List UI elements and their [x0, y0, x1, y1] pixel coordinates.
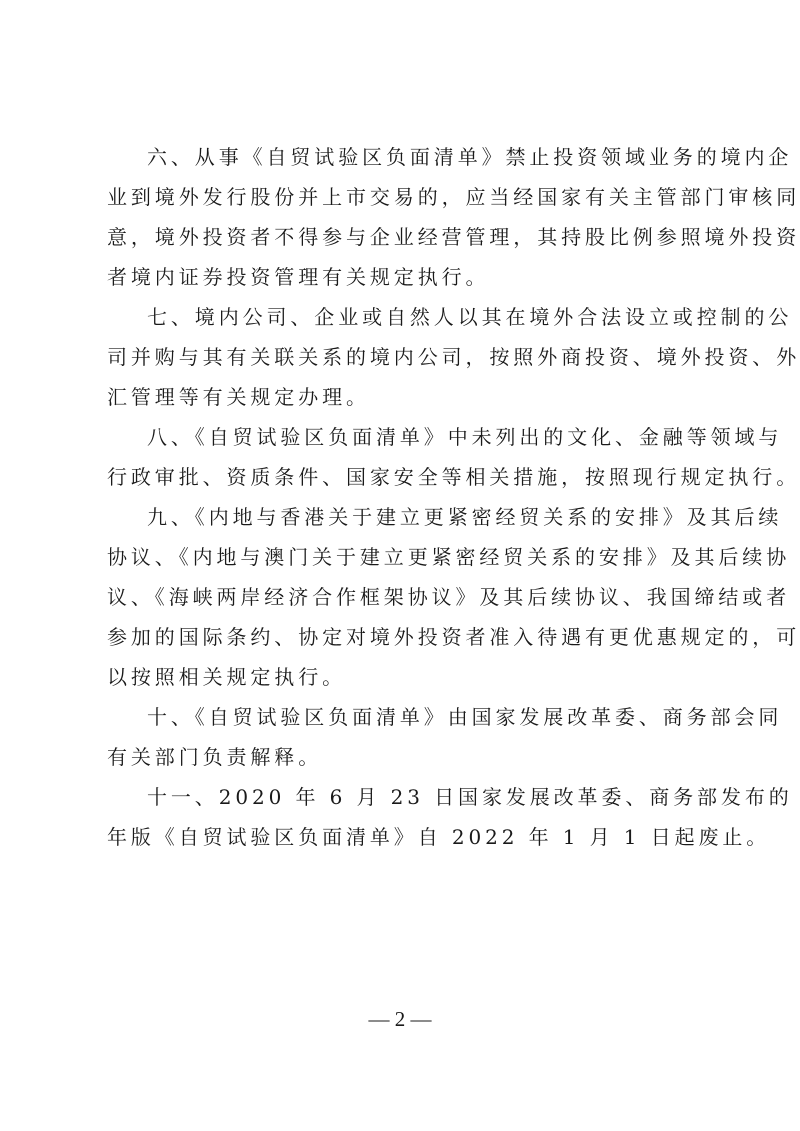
paragraph-item-6: 六、从事《自贸试验区负面清单》禁止投资领域业务的境内企 业到境外发行股份并上市交… — [107, 137, 697, 297]
paragraph-line: 八、《自贸试验区负面清单》中未列出的文化、金融等领域与 — [107, 417, 697, 457]
paragraph-line: 九、《内地与香港关于建立更紧密经贸关系的安排》及其后续 — [107, 497, 697, 537]
paragraph-line: 七、境内公司、企业或自然人以其在境外合法设立或控制的公 — [107, 297, 697, 337]
paragraph-line: 有关部门负责解释。 — [107, 737, 697, 777]
paragraph-line: 十一、2020 年 6 月 23 日国家发展改革委、商务部发布的 2020 — [107, 777, 697, 817]
paragraph-line: 意，境外投资者不得参与企业经营管理，其持股比例参照境外投资 — [107, 217, 697, 257]
paragraph-line: 十、《自贸试验区负面清单》由国家发展改革委、商务部会同 — [107, 697, 697, 737]
paragraph-item-10: 十、《自贸试验区负面清单》由国家发展改革委、商务部会同 有关部门负责解释。 — [107, 697, 697, 777]
paragraph-line: 以按照相关规定执行。 — [107, 657, 697, 697]
paragraph-line: 业到境外发行股份并上市交易的，应当经国家有关主管部门审核同 — [107, 177, 697, 217]
paragraph-line: 汇管理等有关规定办理。 — [107, 377, 697, 417]
paragraph-line: 行政审批、资质条件、国家安全等相关措施，按照现行规定执行。 — [107, 457, 697, 497]
document-body: 六、从事《自贸试验区负面清单》禁止投资领域业务的境内企 业到境外发行股份并上市交… — [107, 137, 697, 857]
paragraph-item-7: 七、境内公司、企业或自然人以其在境外合法设立或控制的公 司并购与其有关联关系的境… — [107, 297, 697, 417]
document-page: 六、从事《自贸试验区负面清单》禁止投资领域业务的境内企 业到境外发行股份并上市交… — [0, 0, 800, 1131]
paragraph-line: 协议、《内地与澳门关于建立更紧密经贸关系的安排》及其后续协 — [107, 537, 697, 577]
paragraph-line: 六、从事《自贸试验区负面清单》禁止投资领域业务的境内企 — [107, 137, 697, 177]
paragraph-line: 议、《海峡两岸经济合作框架协议》及其后续协议、我国缔结或者 — [107, 577, 697, 617]
paragraph-item-9: 九、《内地与香港关于建立更紧密经贸关系的安排》及其后续 协议、《内地与澳门关于建… — [107, 497, 697, 697]
paragraph-line: 参加的国际条约、协定对境外投资者准入待遇有更优惠规定的，可 — [107, 617, 697, 657]
paragraph-item-11: 十一、2020 年 6 月 23 日国家发展改革委、商务部发布的 2020 年版… — [107, 777, 697, 857]
page-number: — 2 — — [0, 1004, 800, 1034]
paragraph-line: 者境内证券投资管理有关规定执行。 — [107, 257, 697, 297]
paragraph-line: 年版《自贸试验区负面清单》自 2022 年 1 月 1 日起废止。 — [107, 817, 697, 857]
paragraph-line: 司并购与其有关联关系的境内公司，按照外商投资、境外投资、外 — [107, 337, 697, 377]
paragraph-item-8: 八、《自贸试验区负面清单》中未列出的文化、金融等领域与 行政审批、资质条件、国家… — [107, 417, 697, 497]
